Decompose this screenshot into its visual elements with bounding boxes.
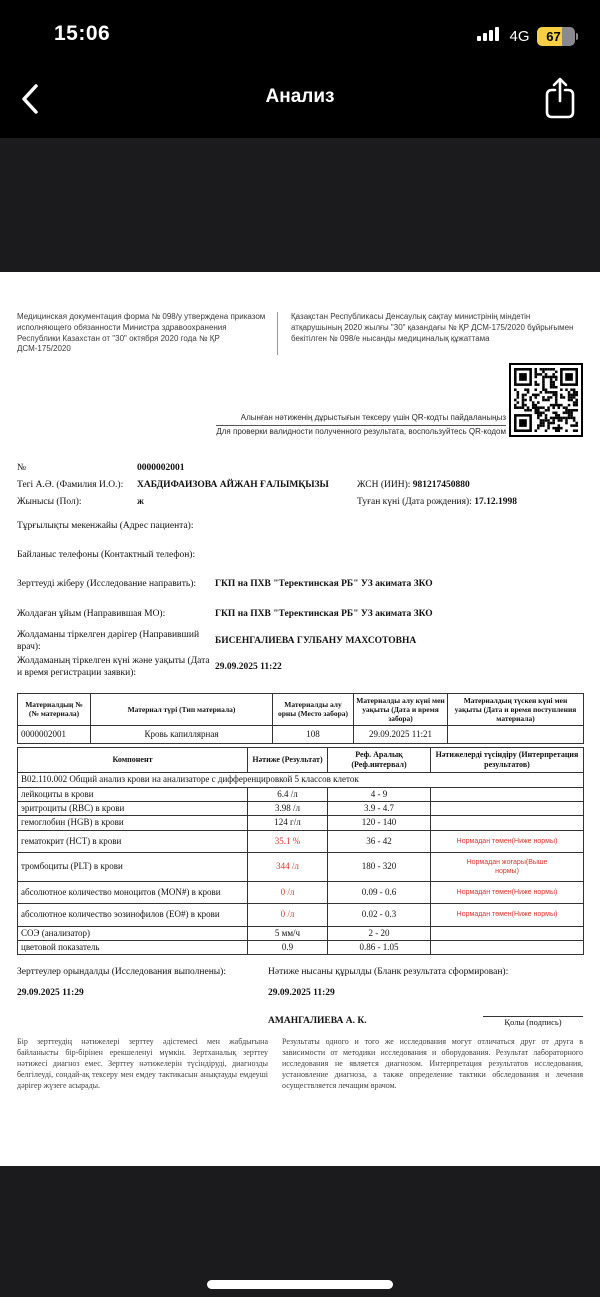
status-indicators: 4G 67 xyxy=(477,26,578,47)
org-label: Жолдаған ұйым (Направившая МО): xyxy=(17,609,215,621)
table-row: СОЭ (анализатор) 5 мм/ч 2 - 20 xyxy=(18,926,584,940)
materials-header-row: Материалдың № (№ материала) Материал түр… xyxy=(18,693,584,725)
results-section-title: В02.110.002 Общий анализ крови на анализ… xyxy=(18,772,584,787)
birthdate-value: 17.12.1998 xyxy=(474,497,517,507)
iin-label: ЖСН (ИИН): xyxy=(357,480,410,490)
qr-caption-ru: Для проверки валидности полученного резу… xyxy=(216,426,506,437)
formed-label: Нәтиже нысаны құрылды (Бланк результата … xyxy=(268,967,583,979)
results-header-cell: Компонент xyxy=(18,747,248,772)
sex-label: Жынысы (Пол): xyxy=(17,497,137,509)
materials-table: Материалдың № (№ материала) Материал түр… xyxy=(17,693,584,744)
table-row: лейкоциты в крови 6.4 /л 4 - 9 xyxy=(18,787,584,801)
results-header-cell: Нәтиже (Результат) xyxy=(248,747,328,772)
phone-label: Байланыс телефоны (Контактный телефон): xyxy=(17,550,583,562)
material-received-datetime xyxy=(448,725,584,743)
home-indicator[interactable] xyxy=(207,1280,393,1289)
table-row: тромбоциты (PLT) в крови 344 /л 180 - 32… xyxy=(18,852,584,881)
number-label: № xyxy=(17,463,137,475)
material-place: 108 xyxy=(273,725,354,743)
signature-label: Қолы (подпись) xyxy=(504,1017,561,1027)
performed-block: Зерттеулер орындалды (Исследования выпол… xyxy=(17,967,268,1027)
signature-line xyxy=(483,1007,583,1017)
qr-section: Алынған нәтиженің дұрыстығын тексеру үші… xyxy=(17,365,583,437)
iin-field: ЖСН (ИИН): 981217450880 xyxy=(357,480,583,492)
results-table: Компонент Нәтиже (Результат) Реф. Аралық… xyxy=(17,747,584,955)
results-header-cell: Нәтижелерді түсіндіру (Интерпретация рез… xyxy=(431,747,584,772)
doctor-value: БИСЕНГАЛИЕВА ГУЛБАНУ МАХСОТОВНА xyxy=(215,636,583,648)
status-time: 15:06 xyxy=(54,22,110,46)
materials-header-cell: Материалды алу орны (Место забора) xyxy=(273,693,354,725)
table-row: гемоглобин (HGB) в крови 124 г/л 120 - 1… xyxy=(18,816,584,830)
materials-header-cell: Материал түрі (Тип материала) xyxy=(91,693,273,725)
share-button[interactable] xyxy=(538,74,582,126)
share-icon xyxy=(543,76,577,125)
page-title: Анализ xyxy=(0,86,600,108)
qr-code xyxy=(509,363,583,437)
table-row: цветовой показатель 0.9 0.86 - 1.05 xyxy=(18,940,584,954)
signature-block: Қолы (подпись) xyxy=(483,1007,583,1028)
disclaimer-section: Бір зерттеудің нәтижелері зерттеу әдісте… xyxy=(17,1037,583,1091)
name-label: Тегі А.Ә. (Фамилия И.О.): xyxy=(17,480,137,492)
qr-caption-kk: Алынған нәтиженің дұрыстығын тексеру үші… xyxy=(216,413,506,425)
battery-icon: 67 xyxy=(537,27,579,46)
regulation-text-ru: Медицинская документация форма № 098/у у… xyxy=(17,312,277,355)
performed-datetime: 29.09.2025 11:29 xyxy=(17,988,268,1000)
regulation-header: Медицинская документация форма № 098/у у… xyxy=(17,312,583,355)
top-chrome: 15:06 4G 67 Анализ xyxy=(0,0,600,138)
name-value: ХАБДИФАИЗОВА АЙЖАН ҒАЛЫМҚЫЗЫ xyxy=(137,480,357,492)
performed-label: Зерттеулер орындалды (Исследования выпол… xyxy=(17,967,268,979)
network-type-label: 4G xyxy=(509,28,529,45)
registration-value: 29.09.2025 11:22 xyxy=(215,662,583,674)
table-row: абсолютное количество эозинофилов (EO#) … xyxy=(18,904,584,926)
signer-name: АМАНГАЛИЕВА А. К. xyxy=(268,1016,483,1028)
material-taken-datetime: 29.09.2025 11:21 xyxy=(354,725,448,743)
materials-header-cell: Материалдың түскен күні мен уақыты (Дата… xyxy=(448,693,584,725)
qr-captions: Алынған нәтиженің дұрыстығын тексеру үші… xyxy=(216,413,506,437)
org-value: ГКП на ПХВ "Теректинская РБ" УЗ акимата … xyxy=(215,609,583,621)
regulation-text-kk: Қазақстан Республикасы Денсаулық сақтау … xyxy=(277,312,583,355)
number-value: 0000002001 xyxy=(137,463,357,475)
materials-data-row: 0000002001 Кровь капиллярная 108 29.09.2… xyxy=(18,725,584,743)
formed-datetime: 29.09.2025 11:29 xyxy=(268,988,583,1000)
materials-header-cell: Материалды алу күні мен уақыты (Дата и в… xyxy=(354,693,448,725)
results-header-cell: Реф. Аралық (Реф.интервал) xyxy=(328,747,431,772)
disclaimer-ru: Результаты одного и того же исследования… xyxy=(282,1037,583,1091)
completion-section: Зерттеулер орындалды (Исследования выпол… xyxy=(17,967,583,1027)
nav-bar: Анализ xyxy=(0,64,600,138)
send-value: ГКП на ПХВ "Теректинская РБ" УЗ акимата … xyxy=(215,579,583,591)
material-number: 0000002001 xyxy=(18,725,91,743)
doctor-label: Жолдаманы тіркелген дәрігер (Направивший… xyxy=(17,630,215,654)
birthdate-label: Туған күні (Дата рождения): xyxy=(357,497,472,507)
registration-label: Жолдаманың тіркелген күні және уақыты (Д… xyxy=(17,656,215,680)
formed-block: Нәтиже нысаны құрылды (Бланк результата … xyxy=(268,967,583,1027)
table-row: эритроциты (RBC) в крови 3.98 /л 3.9 - 4… xyxy=(18,802,584,816)
sex-value: ж xyxy=(137,497,357,509)
send-label: Зерттеуді жіберу (Исследование направить… xyxy=(17,579,215,591)
materials-header-cell: Материалдың № (№ материала) xyxy=(18,693,91,725)
birthdate-field: Туған күні (Дата рождения): 17.12.1998 xyxy=(357,497,583,509)
signal-strength-icon xyxy=(477,26,502,47)
address-label: Тұрғылықты мекенжайы (Адрес пациента): xyxy=(17,521,583,533)
analysis-document[interactable]: Медицинская документация форма № 098/у у… xyxy=(0,272,600,1166)
results-header-row: Компонент Нәтиже (Результат) Реф. Аралық… xyxy=(18,747,584,772)
battery-percent: 67 xyxy=(541,27,567,46)
disclaimer-kk: Бір зерттеудің нәтижелері зерттеу әдісте… xyxy=(17,1037,268,1091)
patient-info: № 0000002001 Тегі А.Ә. (Фамилия И.О.): Х… xyxy=(17,463,583,680)
iin-value: 981217450880 xyxy=(413,480,470,490)
table-row: гематокрит (HCT) в крови 35.1 % 36 - 42 … xyxy=(18,830,584,852)
table-row: абсолютное количество моноцитов (MON#) в… xyxy=(18,882,584,904)
signature-row: АМАНГАЛИЕВА А. К. Қолы (подпись) xyxy=(268,1007,583,1028)
results-section-row: В02.110.002 Общий анализ крови на анализ… xyxy=(18,772,584,787)
material-type: Кровь капиллярная xyxy=(91,725,273,743)
